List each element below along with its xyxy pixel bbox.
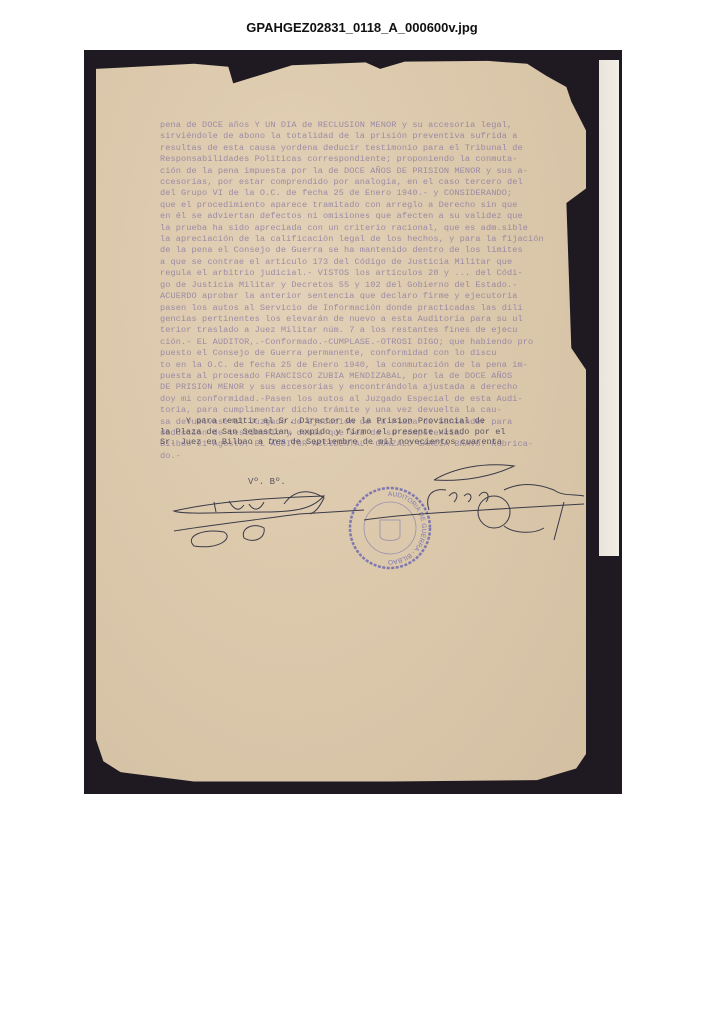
typed-line: la prueba ha sido apreciada con un crite… <box>160 223 580 234</box>
typed-body-text: pena de DOCE años Y UN DIA de RECLUSION … <box>160 120 580 462</box>
handwritten-day: tres <box>268 437 285 447</box>
typed-line: ACUERDO aprobar la anterior sentencia qu… <box>160 291 580 302</box>
typed-line: go de Justicia Militar y Decretos 55 y 1… <box>160 280 580 291</box>
closing-paragraph: Y para remitir al Sr. Director de la Pri… <box>160 416 580 448</box>
typed-line: pena de DOCE años Y UN DIA de RECLUSION … <box>160 120 580 131</box>
typed-line: en él se adviertan defectos ni omisiones… <box>160 211 580 222</box>
typed-line: regula el arbitrio judicial.- VISTOS los… <box>160 268 580 279</box>
typed-line: to en la O.C. de fecha 25 de Enero 1940,… <box>160 360 580 371</box>
typed-line: ción de la pena impuesta por la de DOCE … <box>160 166 580 177</box>
closing-line: Y para remitir al Sr. Director de la Pri… <box>160 416 580 427</box>
typed-line: la apreciación de la calificación legal … <box>160 234 580 245</box>
typed-line: a que se contrae el artículo 173 del Cód… <box>160 257 580 268</box>
typed-line: puesto el Consejo de Guerra permanente, … <box>160 348 580 359</box>
typed-line: ccesorias, por estar comprendido por ana… <box>160 177 580 188</box>
typed-line: del Grupo VI de la O.C. de fecha 25 de E… <box>160 188 580 199</box>
typed-line: terior traslado a Juez Militar núm. 7 a … <box>160 325 580 336</box>
adjacent-page-edge <box>599 60 619 556</box>
closing-line: Sr. Juez en Bilbao a tres de Septiembre … <box>160 437 580 448</box>
typed-line: que el procedimiento aparece tramitado c… <box>160 200 580 211</box>
typed-line: resultas de esta causa yordena deducir t… <box>160 143 580 154</box>
typed-line: do.- <box>160 451 580 462</box>
typed-line: puesta al procesado FRANCISCO ZUBIA MEND… <box>160 371 580 382</box>
typed-line: toría, para cumplimentar dicho trámite y… <box>160 405 580 416</box>
typed-line: ción.- EL AUDITOR,.-Conformado.-CUMPLASE… <box>160 337 580 348</box>
typed-line: de la pena el Consejo de Guerra se ha ma… <box>160 245 580 256</box>
typed-line: gencias pertinentes los elevarán de nuev… <box>160 314 580 325</box>
scanned-page: pena de DOCE años Y UN DIA de RECLUSION … <box>84 50 622 794</box>
typed-line: pasen los autos al Servicio de Informaci… <box>160 303 580 314</box>
typed-line: doy mi conformidad.-Pasen los autos al J… <box>160 394 580 405</box>
typed-line: Responsabilidades Políticas correspondie… <box>160 154 580 165</box>
file-title: GPAHGEZ02831_0118_A_000600v.jpg <box>0 20 724 35</box>
typed-line: DE PRISION MENOR y sus accesorias y enco… <box>160 382 580 393</box>
typed-line: sirviéndole de abono la totalidad de la … <box>160 131 580 142</box>
visto-bueno-label: Vº. Bº. <box>248 477 286 487</box>
closing-line: la Plaza de San Sebastian, expido y firm… <box>160 427 580 438</box>
